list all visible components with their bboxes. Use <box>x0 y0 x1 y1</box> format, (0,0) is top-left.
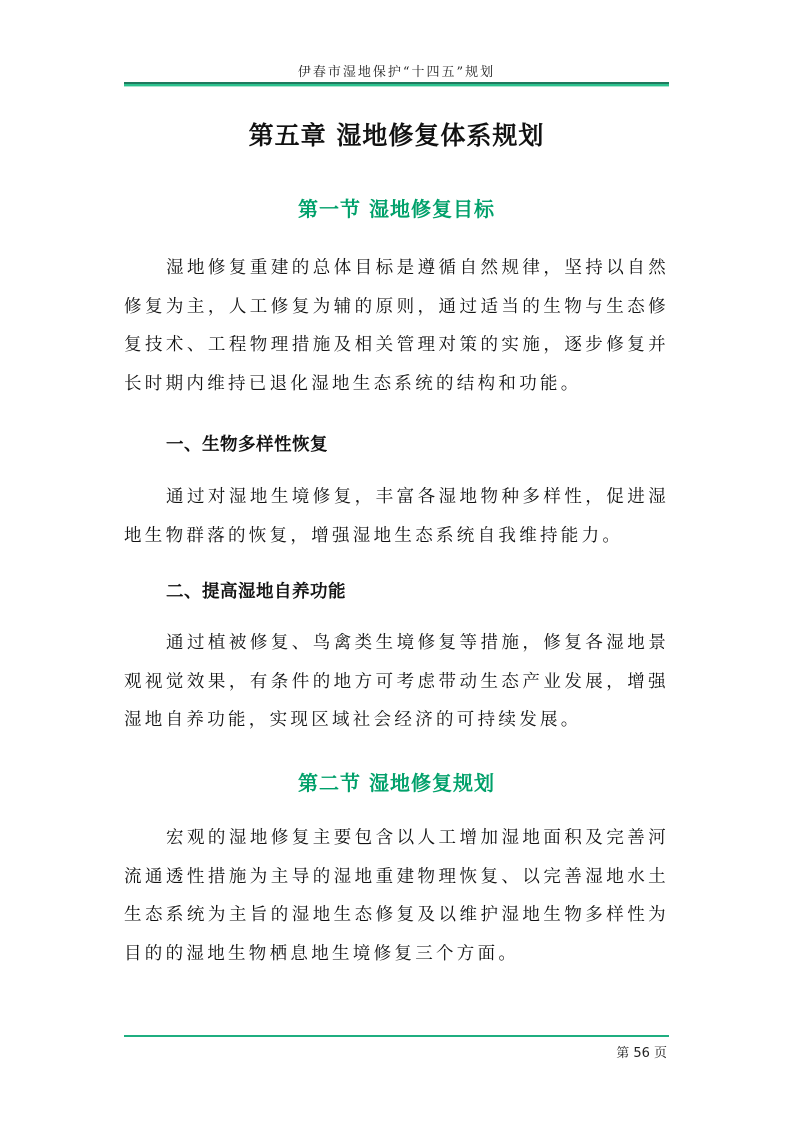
subsection-title-biodiversity: 一、生物多样性恢复 <box>166 431 328 456</box>
page-number: 第 56 页 <box>616 1042 667 1061</box>
paragraph-goals-intro: 湿地修复重建的总体目标是遵循自然规律，坚持以自然修复为主，人工修复为辅的原则，通… <box>124 249 669 403</box>
paragraph-self-sustaining: 通过植被修复、鸟禽类生境修复等措施，修复各湿地景观视觉效果，有条件的地方可考虑带… <box>124 624 669 740</box>
subsection-title-self-sustaining: 二、提高湿地自养功能 <box>166 578 346 603</box>
section-title-goals: 第一节 湿地修复目标 <box>124 193 669 222</box>
header-rule <box>124 82 669 87</box>
paragraph-planning-intro: 宏观的湿地修复主要包含以人工增加湿地面积及完善河流通透性措施为主导的湿地重建物理… <box>124 819 669 973</box>
section-title-planning: 第二节 湿地修复规划 <box>124 767 669 796</box>
footer-rule <box>124 1035 669 1037</box>
paragraph-biodiversity: 通过对湿地生境修复，丰富各湿地物种多样性，促进湿地生物群落的恢复，增强湿地生态系… <box>124 478 669 555</box>
header-rule-thin-stripe <box>124 86 669 87</box>
running-header-title: 伊春市湿地保护“十四五”规划 <box>124 61 669 80</box>
chapter-title: 第五章 湿地修复体系规划 <box>124 116 669 152</box>
